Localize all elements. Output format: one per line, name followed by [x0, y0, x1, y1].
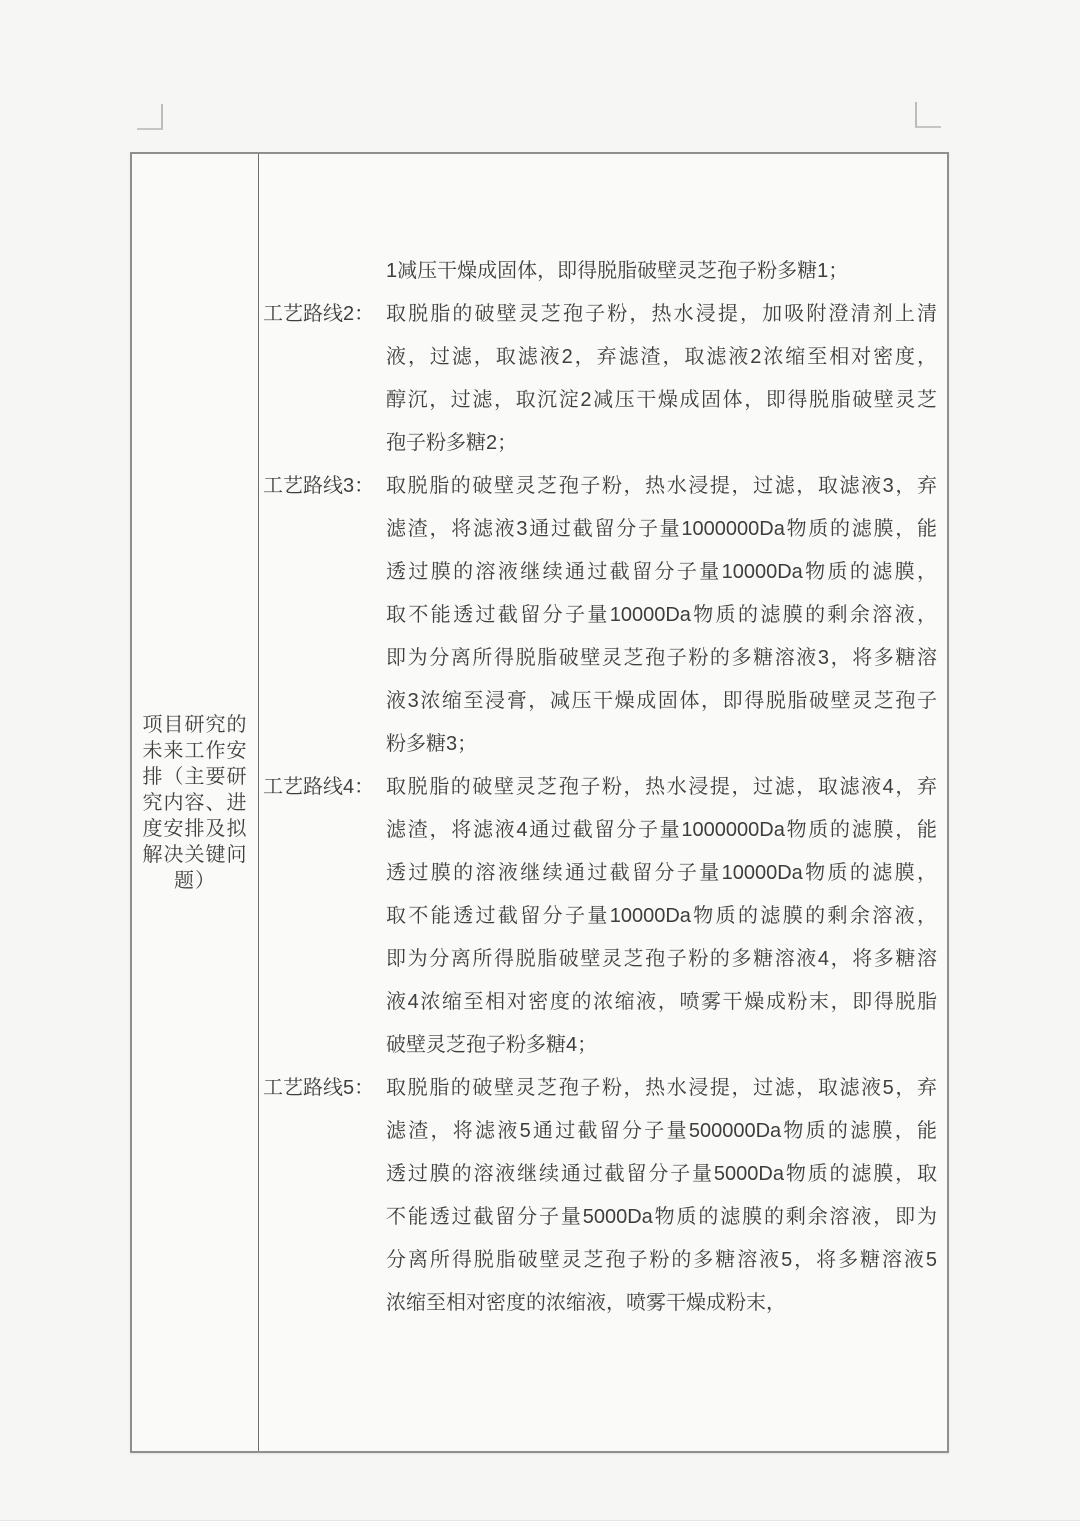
process-route-paragraph: 工艺路线2：取脱脂的破壁灵芝孢子粉，热水浸提，加吸附澄清剂上清液，过滤，取滤液2…	[263, 293, 937, 465]
text-line: 取脱脂的破壁灵芝孢子粉，热水浸提，过滤，取滤液3，弃	[386, 465, 937, 508]
text-line: 滤渣，将滤液3通过截留分子量1000000Da物质的滤膜，能	[386, 508, 937, 551]
document-page: 项目研究的未来工作安排（主要研究内容、进度安排及拟解决关键问题） 1减压干燥成固…	[0, 0, 1080, 1527]
text-line: 滤渣，将滤液4通过截留分子量1000000Da物质的滤膜，能	[386, 809, 937, 852]
text-line: 液，过滤，取滤液2，弃滤渣，取滤液2浓缩至相对密度，	[386, 336, 937, 379]
project-plan-table: 项目研究的未来工作安排（主要研究内容、进度安排及拟解决关键问题） 1减压干燥成固…	[130, 152, 949, 1453]
route-label: 工艺路线2：	[263, 293, 386, 336]
text-line: 取脱脂的破壁灵芝孢子粉，热水浸提，过滤，取滤液5，弃	[386, 1067, 937, 1110]
text-line: 取不能透过截留分子量10000Da物质的滤膜的剩余溶液，	[386, 895, 937, 938]
text-line: 即为分离所得脱脂破壁灵芝孢子粉的多糖溶液3，将多糖溶	[386, 637, 937, 680]
text-line: 不能透过截留分子量5000Da物质的滤膜的剩余溶液，即为	[386, 1196, 937, 1239]
process-route-paragraph: 工艺路线3：取脱脂的破壁灵芝孢子粉，热水浸提，过滤，取滤液3，弃滤渣，将滤液3通…	[263, 465, 937, 766]
text-line: 透过膜的溶液继续通过截留分子量10000Da物质的滤膜，	[386, 551, 937, 594]
page-bottom-edge	[0, 1520, 1080, 1527]
route-label: 工艺路线5：	[263, 1067, 386, 1110]
text-line: 取脱脂的破壁灵芝孢子粉，热水浸提，加吸附澄清剂上清	[386, 293, 937, 336]
text-line: 1减压干燥成固体，即得脱脂破壁灵芝孢子粉多糖1；	[386, 250, 937, 293]
text-line: 粉多糖3；	[386, 723, 937, 766]
route-label: 工艺路线4：	[263, 766, 386, 809]
process-route-paragraph: 工艺路线4：取脱脂的破壁灵芝孢子粉，热水浸提，过滤，取滤液4，弃滤渣，将滤液4通…	[263, 766, 937, 1067]
row-header-text: 项目研究的未来工作安排（主要研究内容、进度安排及拟解决关键问题）	[140, 712, 250, 894]
crop-mark-top-left	[137, 104, 163, 130]
row-header-cell: 项目研究的未来工作安排（主要研究内容、进度安排及拟解决关键问题）	[132, 154, 259, 1451]
text-line: 液3浓缩至浸膏，减压干燥成固体，即得脱脂破壁灵芝孢子	[386, 680, 937, 723]
text-line: 浓缩至相对密度的浓缩液，喷雾干燥成粉末，	[386, 1282, 937, 1325]
row-content-cell: 1减压干燥成固体，即得脱脂破壁灵芝孢子粉多糖1；工艺路线2：取脱脂的破壁灵芝孢子…	[259, 154, 947, 1451]
text-line: 滤渣，将滤液5通过截留分子量500000Da物质的滤膜，能	[386, 1110, 937, 1153]
text-line: 取不能透过截留分子量10000Da物质的滤膜的剩余溶液，	[386, 594, 937, 637]
route-label: 工艺路线3：	[263, 465, 386, 508]
process-route-paragraph: 1减压干燥成固体，即得脱脂破壁灵芝孢子粉多糖1；	[263, 250, 937, 293]
text-line: 液4浓缩至相对密度的浓缩液，喷雾干燥成粉末，即得脱脂	[386, 981, 937, 1024]
text-line: 透过膜的溶液继续通过截留分子量10000Da物质的滤膜，	[386, 852, 937, 895]
text-line: 即为分离所得脱脂破壁灵芝孢子粉的多糖溶液4，将多糖溶	[386, 938, 937, 981]
text-line: 破壁灵芝孢子粉多糖4；	[386, 1024, 937, 1067]
crop-mark-top-right	[915, 102, 941, 128]
text-line: 醇沉，过滤，取沉淀2减压干燥成固体，即得脱脂破壁灵芝	[386, 379, 937, 422]
text-line: 取脱脂的破壁灵芝孢子粉，热水浸提，过滤，取滤液4，弃	[386, 766, 937, 809]
process-route-paragraph: 工艺路线5：取脱脂的破壁灵芝孢子粉，热水浸提，过滤，取滤液5，弃滤渣，将滤液5通…	[263, 1067, 937, 1325]
text-line: 分离所得脱脂破壁灵芝孢子粉的多糖溶液5，将多糖溶液5	[386, 1239, 937, 1282]
text-line: 透过膜的溶液继续通过截留分子量5000Da物质的滤膜，取	[386, 1153, 937, 1196]
text-line: 孢子粉多糖2；	[386, 422, 937, 465]
